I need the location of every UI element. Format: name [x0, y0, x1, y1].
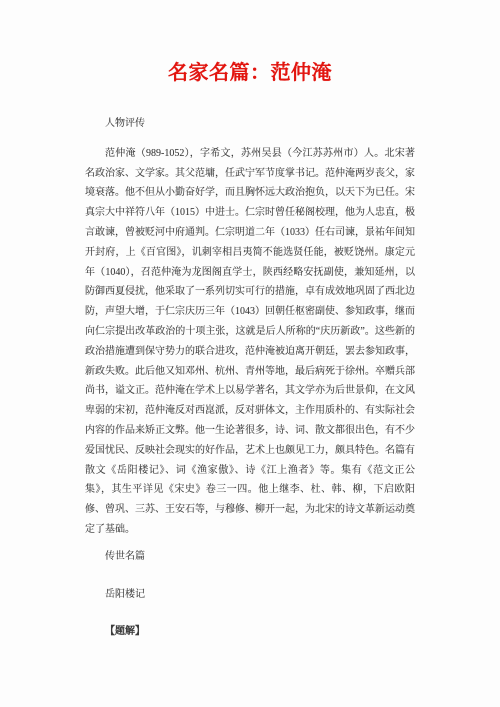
section-label-biography: 人物评传: [85, 114, 415, 134]
page-title: 名家名篇：范仲淹: [0, 0, 500, 86]
document-page: 名家名篇：范仲淹 人物评传 范仲淹（989-1052），字希文，苏州吴县（今江苏…: [0, 0, 500, 707]
section-label-works: 传世名篇: [85, 547, 415, 567]
biography-paragraph: 范仲淹（989-1052），字希文，苏州吴县（今江苏苏州市）人。北宋著名政治家、…: [85, 144, 415, 540]
document-body: 人物评传 范仲淹（989-1052），字希文，苏州吴县（今江苏苏州市）人。北宋著…: [85, 114, 415, 642]
annotation-label: 【题解】: [85, 622, 415, 642]
work-title: 岳阳楼记: [85, 585, 415, 605]
